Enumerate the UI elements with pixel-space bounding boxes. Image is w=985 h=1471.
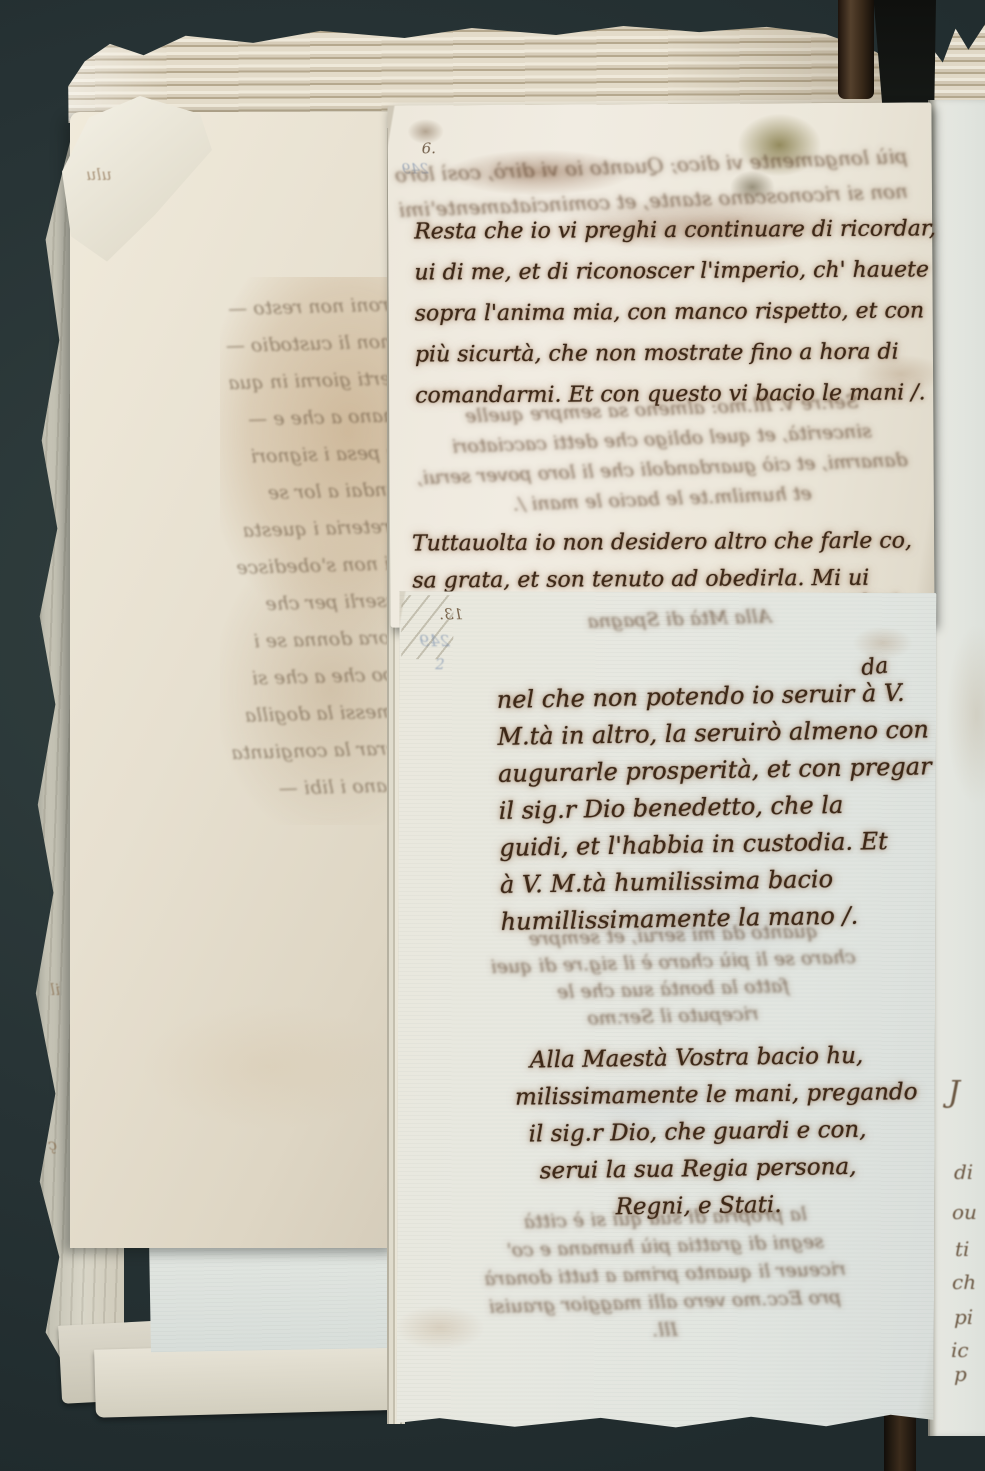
text-line: sopra l'anima mia, con manco rispetto, e… (415, 290, 921, 334)
facing-page-text-fragment: ou (952, 1200, 977, 1224)
left-revealed-under-sheet (149, 1236, 403, 1352)
text-line: più sicurtà, che non mostrate fino a hor… (415, 331, 921, 375)
left-page: alli patroni non resto —Dio se non li cu… (70, 112, 400, 1248)
text-line: il sig.r Dio, che guardi e con, (515, 1112, 879, 1154)
facing-page-text-fragment: p (954, 1362, 967, 1386)
bleedthrough-text-block: la propria di sua qui si è cittàsegni di… (439, 1203, 891, 1345)
text-line: guidi, et l'habbia in custodia. Et (499, 822, 924, 866)
facing-page: J di ou ti ch pi ic p (928, 100, 985, 1436)
lower-letter-page: 13. 249 2 Alla Mtà di Spagna da nel che … (397, 591, 937, 1430)
upper-letter-page: 6. 249 più longamente vi dico; Quanto io… (387, 102, 934, 627)
letter-paragraph: Resta che io vi preghi a continuare di r… (414, 208, 921, 416)
left-edge-ink-fragment: ç (48, 1135, 57, 1154)
text-line: milissimamente le mani, pregando (515, 1075, 879, 1117)
archive-stamp-sub-number: 2 (435, 655, 445, 673)
bleedthrough-header: Alla Mtà di Spagna (539, 608, 819, 631)
text-line: serui la sua Regia persona, (516, 1149, 880, 1191)
left-edge-ink-fragment: ulu (86, 165, 112, 184)
manuscript-photo: J di ou ti ch pi ic p alli patroni non r… (0, 0, 985, 1471)
bleed-text-line: Alla Mtà di Spagna (539, 604, 820, 634)
bleedthrough-text-block: Ser.re V. Ill.mo: almeno sa sempre quell… (409, 392, 915, 515)
text-line: Resta che io vi preghi a continuare di r… (414, 208, 920, 252)
facing-page-text-fragment: J (948, 1075, 960, 1110)
facing-page-text-fragment: ti (955, 1237, 969, 1261)
archive-stamp-number: 249 (419, 631, 450, 650)
bleedthrough-text-block: quanto da mi serui, et semprecharo se li… (458, 921, 888, 1031)
text-line: augurarle prosperità, et con pregar (498, 748, 923, 792)
folio-number: 13. (439, 605, 463, 623)
facing-page-text-fragment: pi (954, 1305, 973, 1329)
letter-paragraph: nel che non potendo io seruir à V.M.tà i… (496, 674, 924, 940)
facing-page-text-fragment: di (954, 1160, 973, 1184)
facing-page-text-fragment: ch (952, 1270, 976, 1294)
left-edge-ink-fragment: il (50, 980, 60, 999)
facing-page-text-fragment: ic (951, 1338, 969, 1362)
letter-paragraph: Tuttauolta io non desidero altro che far… (412, 523, 902, 600)
text-line: Alla Maestà Vostra bacio hu, (514, 1038, 878, 1080)
binding-rod-top (838, 0, 874, 99)
text-line: ui di me, et di riconoscer l'imperio, ch… (414, 249, 920, 293)
text-line: Tuttauolta io non desidero altro che far… (412, 523, 902, 563)
